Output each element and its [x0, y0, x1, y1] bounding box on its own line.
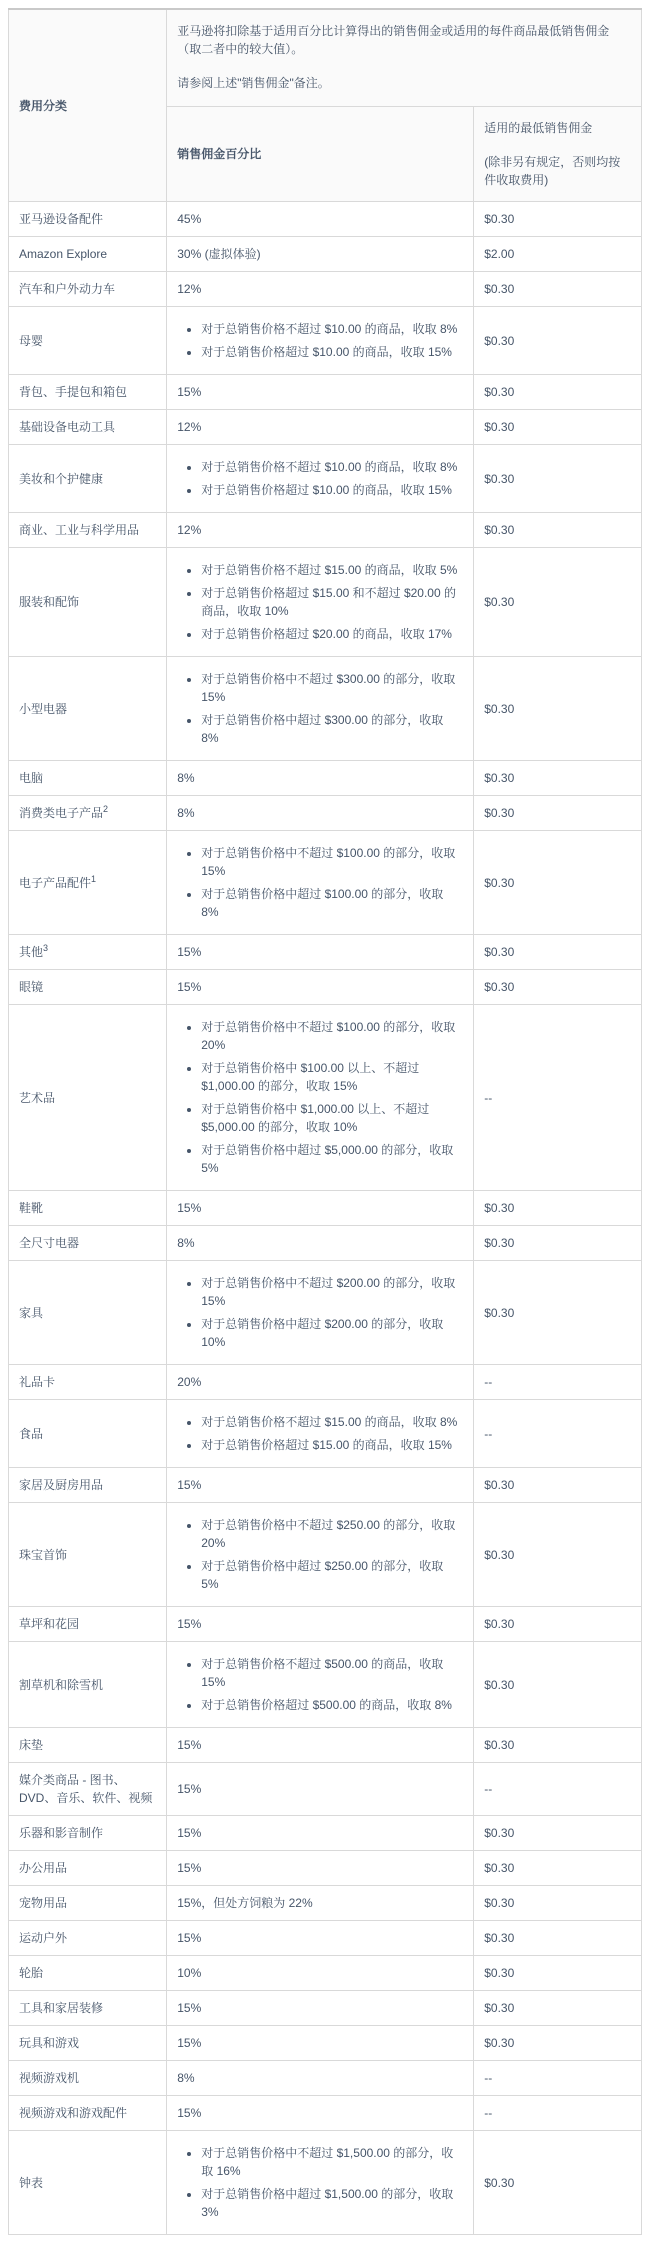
minimum-fee-cell: $0.30: [474, 1728, 642, 1763]
percentage-cell: 15%，但处方饲粮为 22%: [167, 1886, 474, 1921]
percentage-cell: 15%: [167, 1921, 474, 1956]
minimum-fee-cell: $0.30: [474, 1642, 642, 1728]
percentage-cell: 20%: [167, 1365, 474, 1400]
table-row: 背包、手提包和箱包15%$0.30: [9, 375, 642, 410]
minimum-fee-cell: $0.30: [474, 410, 642, 445]
percentage-bullet: 对于总销售价格中不超过 $100.00 的部分，收取 15%: [201, 844, 463, 880]
table-row: 家居及厨房用品15%$0.30: [9, 1468, 642, 1503]
table-row: 礼品卡20%--: [9, 1365, 642, 1400]
category-cell: 床垫: [9, 1728, 167, 1763]
minimum-fee-cell: $0.30: [474, 307, 642, 375]
category-cell: 媒介类商品 - 图书、DVD、音乐、软件、视频: [9, 1763, 167, 1816]
table-row: 小型电器对于总销售价格中不超过 $300.00 的部分，收取 15%对于总销售价…: [9, 657, 642, 761]
table-row: 宠物用品15%，但处方饲粮为 22%$0.30: [9, 1886, 642, 1921]
minimum-fee-cell: $0.30: [474, 935, 642, 970]
category-cell: 基础设备电动工具: [9, 410, 167, 445]
table-row: 床垫15%$0.30: [9, 1728, 642, 1763]
category-cell: 礼品卡: [9, 1365, 167, 1400]
percentage-cell: 15%: [167, 1468, 474, 1503]
percentage-bullet: 对于总销售价格中超过 $5,000.00 的部分，收取 5%: [201, 1141, 463, 1177]
percentage-bullet-list: 对于总销售价格不超过 $10.00 的商品，收取 8%对于总销售价格超过 $10…: [177, 320, 463, 361]
percentage-bullet: 对于总销售价格不超过 $15.00 的商品，收取 5%: [201, 561, 463, 579]
percentage-bullet-list: 对于总销售价格中不超过 $200.00 的部分，收取 15%对于总销售价格中超过…: [177, 1274, 463, 1351]
table-row: 亚马逊设备配件45%$0.30: [9, 202, 642, 237]
table-row: 服装和配饰对于总销售价格不超过 $15.00 的商品，收取 5%对于总销售价格超…: [9, 548, 642, 657]
percentage-cell: 15%: [167, 970, 474, 1005]
minimum-fee-cell: $0.30: [474, 2026, 642, 2061]
footnote-marker: 2: [103, 804, 108, 814]
category-cell: 亚马逊设备配件: [9, 202, 167, 237]
minimum-fee-header: 适用的最低销售佣金 (除非另有规定，否则均按件收取费用): [474, 107, 642, 202]
minimum-fee-cell: $0.30: [474, 548, 642, 657]
minimum-fee-cell: $0.30: [474, 445, 642, 513]
table-row: 媒介类商品 - 图书、DVD、音乐、软件、视频15%--: [9, 1763, 642, 1816]
minimum-fee-cell: $0.30: [474, 1956, 642, 1991]
table-row: 珠宝首饰对于总销售价格中不超过 $250.00 的部分，收取 20%对于总销售价…: [9, 1503, 642, 1607]
percentage-cell: 12%: [167, 410, 474, 445]
category-cell: 母婴: [9, 307, 167, 375]
minimum-fee-cell: $0.30: [474, 1226, 642, 1261]
table-row: 其他315%$0.30: [9, 935, 642, 970]
percentage-bullet-list: 对于总销售价格不超过 $15.00 的商品，收取 5%对于总销售价格超过 $15…: [177, 561, 463, 643]
percentage-cell: 对于总销售价格中不超过 $300.00 的部分，收取 15%对于总销售价格中超过…: [167, 657, 474, 761]
category-cell: 宠物用品: [9, 1886, 167, 1921]
percentage-bullet: 对于总销售价格中超过 $100.00 的部分，收取 8%: [201, 885, 463, 921]
percentage-bullet: 对于总销售价格中超过 $250.00 的部分，收取 5%: [201, 1557, 463, 1593]
header-row-note: 费用分类 亚马逊将扣除基于适用百分比计算得出的销售佣金或适用的每件商品最低销售佣…: [9, 9, 642, 107]
percentage-bullet: 对于总销售价格中不超过 $200.00 的部分，收取 15%: [201, 1274, 463, 1310]
note-cell: 亚马逊将扣除基于适用百分比计算得出的销售佣金或适用的每件商品最低销售佣金（取二者…: [167, 9, 642, 107]
percentage-bullet: 对于总销售价格超过 $500.00 的商品，收取 8%: [201, 1696, 463, 1714]
percentage-cell: 8%: [167, 761, 474, 796]
category-cell: 家具: [9, 1261, 167, 1365]
percentage-bullet: 对于总销售价格超过 $15.00 的商品，收取 15%: [201, 1436, 463, 1454]
table-row: 办公用品15%$0.30: [9, 1851, 642, 1886]
minimum-fee-cell: $0.30: [474, 1261, 642, 1365]
percentage-cell: 45%: [167, 202, 474, 237]
category-cell: 食品: [9, 1400, 167, 1468]
minimum-fee-cell: $0.30: [474, 1921, 642, 1956]
category-cell: 鞋靴: [9, 1191, 167, 1226]
table-row: 艺术品对于总销售价格中不超过 $100.00 的部分，收取 20%对于总销售价格…: [9, 1005, 642, 1191]
percentage-bullet: 对于总销售价格中 $100.00 以上、不超过 $1,000.00 的部分，收取…: [201, 1059, 463, 1095]
percentage-cell: 8%: [167, 1226, 474, 1261]
minimum-fee-cell: --: [474, 1400, 642, 1468]
percentage-cell: 对于总销售价格不超过 $10.00 的商品，收取 8%对于总销售价格超过 $10…: [167, 445, 474, 513]
category-cell: 乐器和影音制作: [9, 1816, 167, 1851]
minimum-fee-cell: $2.00: [474, 237, 642, 272]
percentage-bullet: 对于总销售价格中不超过 $300.00 的部分，收取 15%: [201, 670, 463, 706]
percentage-cell: 对于总销售价格不超过 $15.00 的商品，收取 5%对于总销售价格超过 $15…: [167, 548, 474, 657]
table-row: 玩具和游戏15%$0.30: [9, 2026, 642, 2061]
percentage-cell: 15%: [167, 1991, 474, 2026]
percentage-bullet-list: 对于总销售价格中不超过 $100.00 的部分，收取 15%对于总销售价格中超过…: [177, 844, 463, 921]
category-cell: 割草机和除雪机: [9, 1642, 167, 1728]
minimum-fee-cell: $0.30: [474, 1886, 642, 1921]
percentage-bullet-list: 对于总销售价格不超过 $15.00 的商品，收取 8%对于总销售价格超过 $15…: [177, 1413, 463, 1454]
percentage-bullet: 对于总销售价格中超过 $200.00 的部分，收取 10%: [201, 1315, 463, 1351]
table-row: 鞋靴15%$0.30: [9, 1191, 642, 1226]
minimum-fee-cell: $0.30: [474, 1191, 642, 1226]
percentage-bullet: 对于总销售价格不超过 $10.00 的商品，收取 8%: [201, 320, 463, 338]
percentage-cell: 10%: [167, 1956, 474, 1991]
note-line-1: 亚马逊将扣除基于适用百分比计算得出的销售佣金或适用的每件商品最低销售佣金（取二者…: [177, 22, 631, 58]
footnote-marker: 1: [91, 874, 96, 884]
table-row: 轮胎10%$0.30: [9, 1956, 642, 1991]
table-row: 草坪和花园15%$0.30: [9, 1607, 642, 1642]
percentage-bullet: 对于总销售价格中不超过 $100.00 的部分，收取 20%: [201, 1018, 463, 1054]
category-cell: 全尺寸电器: [9, 1226, 167, 1261]
minimum-fee-cell: $0.30: [474, 831, 642, 935]
percentage-bullet: 对于总销售价格超过 $15.00 和不超过 $20.00 的商品，收取 10%: [201, 584, 463, 620]
table-row: 消费类电子产品28%$0.30: [9, 796, 642, 831]
category-cell: 消费类电子产品2: [9, 796, 167, 831]
category-cell: 钟表: [9, 2131, 167, 2235]
percentage-bullet: 对于总销售价格中 $1,000.00 以上、不超过 $5,000.00 的部分，…: [201, 1100, 463, 1136]
category-cell: 其他3: [9, 935, 167, 970]
percentage-bullet: 对于总销售价格不超过 $500.00 的商品，收取 15%: [201, 1655, 463, 1691]
footnote-marker: 3: [43, 943, 48, 953]
percentage-bullet: 对于总销售价格超过 $10.00 的商品，收取 15%: [201, 481, 463, 499]
category-cell: 眼镜: [9, 970, 167, 1005]
table-row: 食品对于总销售价格不超过 $15.00 的商品，收取 8%对于总销售价格超过 $…: [9, 1400, 642, 1468]
referral-fee-table: 费用分类 亚马逊将扣除基于适用百分比计算得出的销售佣金或适用的每件商品最低销售佣…: [8, 8, 642, 2235]
minimum-fee-cell: --: [474, 2061, 642, 2096]
table-row: 基础设备电动工具12%$0.30: [9, 410, 642, 445]
category-cell: Amazon Explore: [9, 237, 167, 272]
category-cell: 背包、手提包和箱包: [9, 375, 167, 410]
percentage-cell: 15%: [167, 1763, 474, 1816]
percentage-bullet: 对于总销售价格不超过 $10.00 的商品，收取 8%: [201, 458, 463, 476]
category-cell: 轮胎: [9, 1956, 167, 1991]
percentage-bullet: 对于总销售价格不超过 $15.00 的商品，收取 8%: [201, 1413, 463, 1431]
percentage-bullet: 对于总销售价格中超过 $300.00 的部分，收取 8%: [201, 711, 463, 747]
percentage-cell: 对于总销售价格不超过 $500.00 的商品，收取 15%对于总销售价格超过 $…: [167, 1642, 474, 1728]
minimum-fee-note: (除非另有规定，否则均按件收取费用): [484, 153, 631, 189]
minimum-fee-cell: $0.30: [474, 970, 642, 1005]
table-row: 汽车和户外动力车12%$0.30: [9, 272, 642, 307]
category-cell: 服装和配饰: [9, 548, 167, 657]
percentage-bullet: 对于总销售价格超过 $20.00 的商品，收取 17%: [201, 625, 463, 643]
percentage-bullet: 对于总销售价格中不超过 $1,500.00 的部分，收取 16%: [201, 2144, 463, 2180]
minimum-fee-cell: $0.30: [474, 272, 642, 307]
minimum-fee-cell: $0.30: [474, 761, 642, 796]
fee-table-body: 亚马逊设备配件45%$0.30Amazon Explore30% (虚拟体验)$…: [9, 202, 642, 2235]
percentage-cell: 15%: [167, 1191, 474, 1226]
percentage-cell: 对于总销售价格中不超过 $250.00 的部分，收取 20%对于总销售价格中超过…: [167, 1503, 474, 1607]
category-cell: 艺术品: [9, 1005, 167, 1191]
percentage-bullet: 对于总销售价格中超过 $1,500.00 的部分，收取 3%: [201, 2185, 463, 2221]
minimum-fee-cell: $0.30: [474, 796, 642, 831]
table-row: 美妆和个护健康对于总销售价格不超过 $10.00 的商品，收取 8%对于总销售价…: [9, 445, 642, 513]
category-cell: 珠宝首饰: [9, 1503, 167, 1607]
table-row: Amazon Explore30% (虚拟体验)$2.00: [9, 237, 642, 272]
percentage-cell: 12%: [167, 513, 474, 548]
minimum-fee-cell: $0.30: [474, 513, 642, 548]
table-row: 电脑8%$0.30: [9, 761, 642, 796]
table-row: 眼镜15%$0.30: [9, 970, 642, 1005]
table-row: 钟表对于总销售价格中不超过 $1,500.00 的部分，收取 16%对于总销售价…: [9, 2131, 642, 2235]
percentage-bullet-list: 对于总销售价格中不超过 $300.00 的部分，收取 15%对于总销售价格中超过…: [177, 670, 463, 747]
minimum-fee-cell: $0.30: [474, 1851, 642, 1886]
percentage-cell: 8%: [167, 2061, 474, 2096]
percentage-bullet-list: 对于总销售价格中不超过 $100.00 的部分，收取 20%对于总销售价格中 $…: [177, 1018, 463, 1177]
minimum-fee-title: 适用的最低销售佣金: [484, 119, 631, 137]
fee-table-header: 费用分类 亚马逊将扣除基于适用百分比计算得出的销售佣金或适用的每件商品最低销售佣…: [9, 9, 642, 202]
category-cell: 美妆和个护健康: [9, 445, 167, 513]
minimum-fee-cell: $0.30: [474, 202, 642, 237]
category-cell: 电子产品配件1: [9, 831, 167, 935]
category-cell: 视频游戏和游戏配件: [9, 2096, 167, 2131]
minimum-fee-cell: $0.30: [474, 1503, 642, 1607]
percentage-cell: 对于总销售价格中不超过 $1,500.00 的部分，收取 16%对于总销售价格中…: [167, 2131, 474, 2235]
percentage-cell: 12%: [167, 272, 474, 307]
percentage-cell: 对于总销售价格中不超过 $100.00 的部分，收取 20%对于总销售价格中 $…: [167, 1005, 474, 1191]
percentage-cell: 对于总销售价格不超过 $10.00 的商品，收取 8%对于总销售价格超过 $10…: [167, 307, 474, 375]
percentage-cell: 15%: [167, 2026, 474, 2061]
minimum-fee-cell: --: [474, 2096, 642, 2131]
category-cell: 工具和家居装修: [9, 1991, 167, 2026]
category-cell: 草坪和花园: [9, 1607, 167, 1642]
percentage-bullet-list: 对于总销售价格不超过 $10.00 的商品，收取 8%对于总销售价格超过 $10…: [177, 458, 463, 499]
minimum-fee-cell: $0.30: [474, 1468, 642, 1503]
percentage-bullet: 对于总销售价格中不超过 $250.00 的部分，收取 20%: [201, 1516, 463, 1552]
percentage-cell: 15%: [167, 935, 474, 970]
table-row: 运动户外15%$0.30: [9, 1921, 642, 1956]
percentage-cell: 15%: [167, 2096, 474, 2131]
percentage-cell: 15%: [167, 1607, 474, 1642]
category-cell: 运动户外: [9, 1921, 167, 1956]
category-cell: 电脑: [9, 761, 167, 796]
category-cell: 视频游戏机: [9, 2061, 167, 2096]
category-header: 费用分类: [9, 9, 167, 202]
table-row: 视频游戏和游戏配件15%--: [9, 2096, 642, 2131]
percentage-cell: 15%: [167, 375, 474, 410]
minimum-fee-cell: --: [474, 1763, 642, 1816]
table-row: 乐器和影音制作15%$0.30: [9, 1816, 642, 1851]
minimum-fee-cell: $0.30: [474, 2131, 642, 2235]
table-row: 商业、工业与科学用品12%$0.30: [9, 513, 642, 548]
minimum-fee-cell: $0.30: [474, 1991, 642, 2026]
minimum-fee-cell: $0.30: [474, 657, 642, 761]
table-row: 母婴对于总销售价格不超过 $10.00 的商品，收取 8%对于总销售价格超过 $…: [9, 307, 642, 375]
percentage-header: 销售佣金百分比: [167, 107, 474, 202]
table-row: 工具和家居装修15%$0.30: [9, 1991, 642, 2026]
percentage-cell: 对于总销售价格中不超过 $200.00 的部分，收取 15%对于总销售价格中超过…: [167, 1261, 474, 1365]
percentage-bullet-list: 对于总销售价格不超过 $500.00 的商品，收取 15%对于总销售价格超过 $…: [177, 1655, 463, 1714]
percentage-cell: 对于总销售价格中不超过 $100.00 的部分，收取 15%对于总销售价格中超过…: [167, 831, 474, 935]
percentage-cell: 30% (虚拟体验): [167, 237, 474, 272]
minimum-fee-cell: --: [474, 1365, 642, 1400]
minimum-fee-cell: --: [474, 1005, 642, 1191]
table-row: 全尺寸电器8%$0.30: [9, 1226, 642, 1261]
percentage-cell: 15%: [167, 1851, 474, 1886]
table-row: 家具对于总销售价格中不超过 $200.00 的部分，收取 15%对于总销售价格中…: [9, 1261, 642, 1365]
percentage-cell: 对于总销售价格不超过 $15.00 的商品，收取 8%对于总销售价格超过 $15…: [167, 1400, 474, 1468]
percentage-bullet-list: 对于总销售价格中不超过 $1,500.00 的部分，收取 16%对于总销售价格中…: [177, 2144, 463, 2221]
percentage-cell: 15%: [167, 1816, 474, 1851]
percentage-cell: 8%: [167, 796, 474, 831]
percentage-cell: 15%: [167, 1728, 474, 1763]
category-cell: 玩具和游戏: [9, 2026, 167, 2061]
minimum-fee-cell: $0.30: [474, 1816, 642, 1851]
minimum-fee-cell: $0.30: [474, 375, 642, 410]
table-row: 视频游戏机8%--: [9, 2061, 642, 2096]
percentage-bullet: 对于总销售价格超过 $10.00 的商品，收取 15%: [201, 343, 463, 361]
category-cell: 商业、工业与科学用品: [9, 513, 167, 548]
category-cell: 小型电器: [9, 657, 167, 761]
table-row: 电子产品配件1对于总销售价格中不超过 $100.00 的部分，收取 15%对于总…: [9, 831, 642, 935]
table-row: 割草机和除雪机对于总销售价格不超过 $500.00 的商品，收取 15%对于总销…: [9, 1642, 642, 1728]
category-cell: 家居及厨房用品: [9, 1468, 167, 1503]
category-cell: 汽车和户外动力车: [9, 272, 167, 307]
percentage-bullet-list: 对于总销售价格中不超过 $250.00 的部分，收取 20%对于总销售价格中超过…: [177, 1516, 463, 1593]
note-line-2: 请参阅上述"销售佣金"备注。: [177, 74, 631, 92]
minimum-fee-cell: $0.30: [474, 1607, 642, 1642]
category-cell: 办公用品: [9, 1851, 167, 1886]
